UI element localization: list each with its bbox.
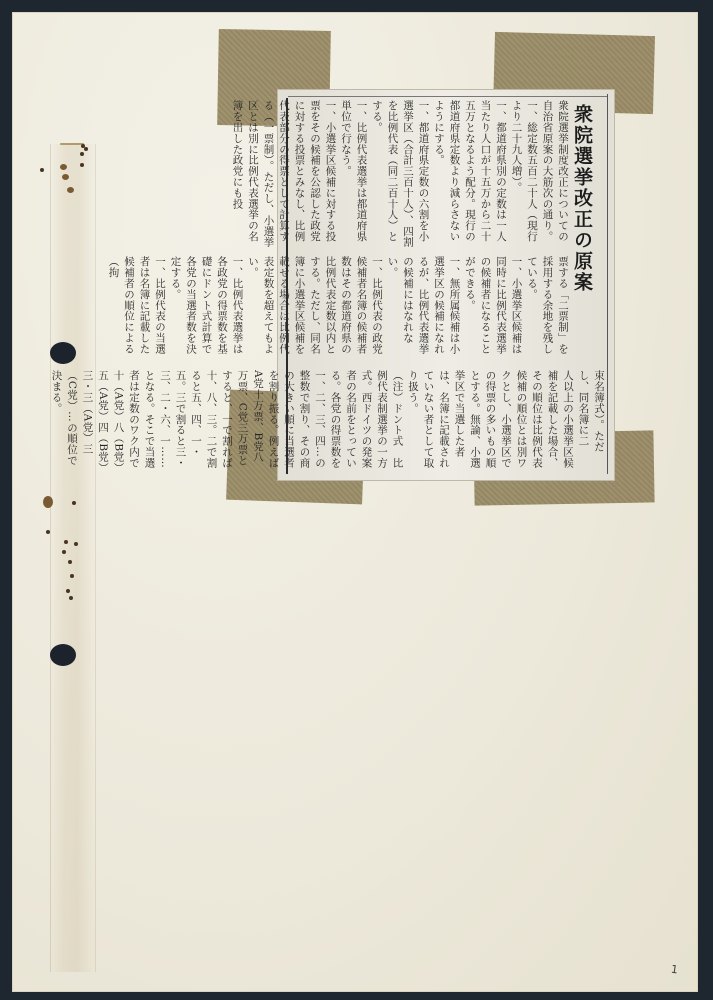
foxing-spot (62, 550, 66, 554)
article-paragraph: 一、小選挙区候補に対する投票をその候補を公認した政党に対する投票とみなし、比例代… (229, 100, 338, 248)
article-paragraph: 衆院選挙制度改正についての自治省原案の大筋次の通り。 (539, 100, 570, 248)
punch-hole (50, 342, 76, 364)
article-paragraph: 票する「二票制」を採用する余地を残している。 (524, 256, 571, 361)
page-number: 1 (670, 963, 679, 977)
foxing-spot (80, 163, 84, 167)
foxing-spot (68, 560, 72, 564)
article-paragraph: 一、小選挙区候補は同時に比例代表選挙の候補者になることができる。 (462, 256, 524, 361)
binding-strip (50, 144, 96, 972)
article-paragraph: 一、比例代表選挙は都道府県単位で行なう。 (338, 100, 369, 248)
foxing-spot (66, 589, 70, 593)
article-note: （注）ドント式 比例代表制選挙の一方式。西ドイツの発案者の名前をとっている。各党… (48, 370, 405, 472)
article-paragraph: 一、比例代表の当選者は名簿に記載した候補者の順位による（拘 (105, 256, 167, 361)
article-paragraph: 一、比例代表の政党候補者名簿の候補者数はその都道府県の比例代表定数以内とする。た… (245, 256, 385, 361)
foxing-spot (64, 540, 68, 544)
article-paragraph: 一、比例代表選挙は各政党の得票数を基礎にドント式計算で各党の当選者数を決定する。 (167, 256, 245, 361)
foxing-spot (62, 174, 69, 180)
foxing-spot (60, 164, 67, 170)
foxing-spot (74, 542, 78, 546)
article-paragraph: 人以上の小選挙区候補を記載した場合、その順位は比例代表候補の順位とは別ワクとし、… (405, 370, 576, 472)
article-tier-3: 束名簿式）。ただし、同名簿に二 人以上の小選挙区候補を記載した場合、その順位は比… (290, 370, 606, 472)
newspaper-clipping: 衆院選挙改正の原案 衆院選挙制度改正についての自治省原案の大筋次の通り。 一、総… (278, 90, 614, 480)
foxing-spot (46, 530, 50, 534)
foxing-spot (69, 596, 73, 600)
article-tier-1: 衆院選挙制度改正についての自治省原案の大筋次の通り。 一、総定数五百二十人（現行… (290, 100, 570, 248)
foxing-spot (72, 501, 76, 505)
article-paragraph: 一、総定数五百二十人（現行より二十九人増）。 (508, 100, 539, 248)
punch-hole (50, 644, 76, 666)
foxing-spot (40, 168, 44, 172)
foxing-spot (43, 496, 53, 508)
clipping-right-rule (607, 94, 608, 474)
article-paragraph: 束名簿式）。ただし、同名簿に二 (575, 370, 606, 472)
clipping-top-rule (288, 96, 608, 97)
foxing-spot (80, 152, 84, 156)
foxing-spot (84, 147, 88, 151)
article-tier-2: 票する「二票制」を採用する余地を残している。 一、小選挙区候補は同時に比例代表選… (290, 256, 570, 361)
article-paragraph: 一、都道府県定数の六割を小選挙区（合計三百十人）、四割を比例代表（同二百十人）と… (369, 100, 431, 248)
foxing-spot (70, 574, 74, 578)
clipping-headline: 衆院選挙改正の原案 (569, 104, 596, 293)
article-paragraph: 一、都道府県別の定数は一人当たり人口が十五万から二十五万となるよう配分。現行の都… (431, 100, 509, 248)
scrapbook-page: 衆院選挙改正の原案 衆院選挙制度改正についての自治省原案の大筋次の通り。 一、総… (12, 12, 698, 992)
foxing-spot (67, 187, 74, 193)
article-paragraph: 一、無所属候補は小選挙区の候補になれるが、比例代表選挙の候補にはなれない。 (384, 256, 462, 361)
